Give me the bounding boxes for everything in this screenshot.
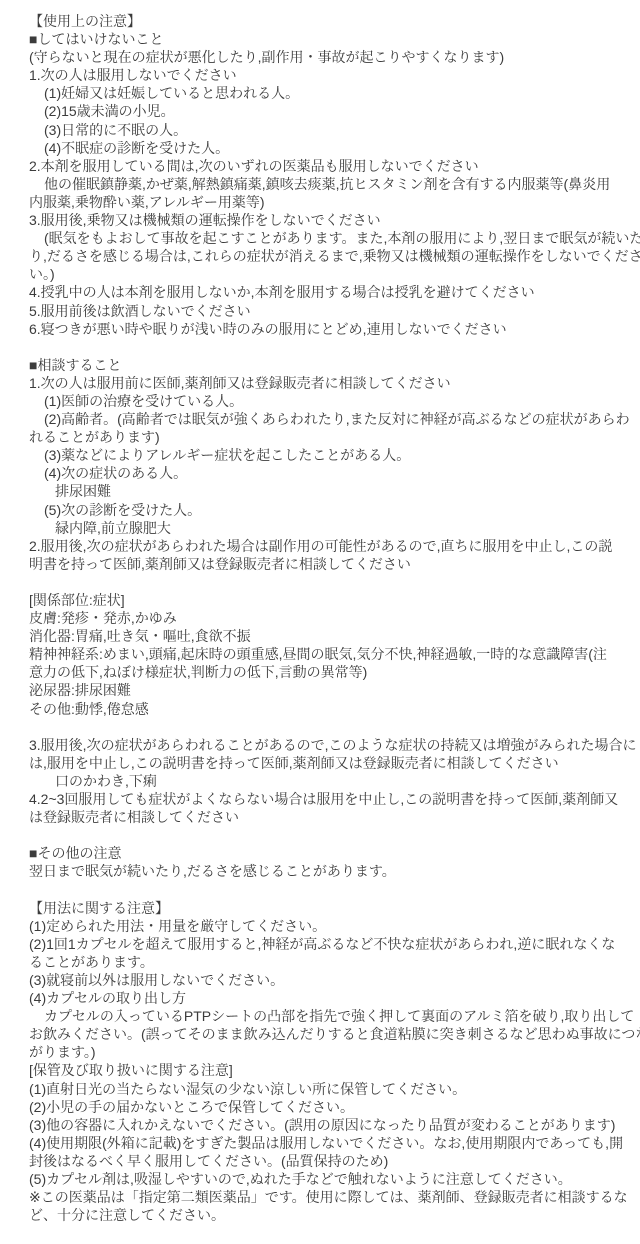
- text-line: (1)医師の治療を受けている人。: [29, 392, 612, 410]
- blank-line: [29, 573, 612, 591]
- text-line: 3.服用後,次の症状があらわれることがあるので,このような症状の持続又は増強がみ…: [29, 736, 612, 754]
- text-line: お飲みください。(誤ってそのまま飲み込んだりすると食道粘膜に突き刺さるなど思わぬ…: [29, 1025, 612, 1043]
- text-line: り,だるさを感じる場合は,これらの症状が消えるまで,乗物又は機械類の運転操作をし…: [29, 247, 612, 265]
- text-line: (3)就寝前以外は服用しないでください。: [29, 971, 612, 989]
- text-line: は登録販売者に相談してください: [29, 808, 612, 826]
- text-line: 排尿困難: [29, 482, 612, 500]
- text-line: 1.次の人は服用しないでください: [29, 66, 612, 84]
- list-label: [保管及び取り扱いに関する注意]: [29, 1061, 612, 1079]
- text-line: 6.寝つきが悪い時や眠りが浅い時のみの服用にとどめ,連用しないでください: [29, 320, 612, 338]
- text-line: (2)小児の手の届かないところで保管してください。: [29, 1098, 612, 1116]
- text-line: 5.服用前後は飲酒しないでください: [29, 302, 612, 320]
- text-line: 4.授乳中の人は本剤を服用しないか,本剤を服用する場合は授乳を避けてください: [29, 283, 612, 301]
- text-line: カプセルの入っているPTPシートの凸部を指先で強く押して裏面のアルミ箔を破り,取…: [29, 1007, 612, 1025]
- section-heading: 【使用上の注意】: [29, 12, 612, 30]
- text-line: (5)次の診断を受けた人。: [29, 501, 612, 519]
- text-line: れることがあります): [29, 428, 612, 446]
- text-line: (1)直射日光の当たらない湿気の少ない涼しい所に保管してください。: [29, 1080, 612, 1098]
- text-line: 泌尿器:排尿困難: [29, 681, 612, 699]
- text-line: (4)カプセルの取り出し方: [29, 989, 612, 1007]
- subsection-heading: ■してはいけないこと: [29, 30, 612, 48]
- text-line: (4)次の症状のある人。: [29, 464, 612, 482]
- text-line: 口のかわき,下痢: [29, 772, 612, 790]
- text-line: 内服薬,乗物酔い薬,アレルギー用薬等): [29, 193, 612, 211]
- text-line: 2.服用後,次の症状があらわれた場合は副作用の可能性があるので,直ちに服用を中止…: [29, 537, 612, 555]
- text-line: (3)薬などによりアレルギー症状を起こしたことがある人。: [29, 446, 612, 464]
- package-insert-document: 【使用上の注意】■してはいけないこと(守らないと現在の症状が悪化したり,副作用・…: [0, 0, 640, 1244]
- text-line: 消化器:胃痛,吐き気・嘔吐,食欲不振: [29, 627, 612, 645]
- text-line: 緑内障,前立腺肥大: [29, 519, 612, 537]
- text-line: (1)定められた用法・用量を厳守してください。: [29, 917, 612, 935]
- text-line: (5)カプセル剤は,吸湿しやすいので,ぬれた手などで触れないように注意してくださ…: [29, 1170, 612, 1188]
- text-line: 1.次の人は服用前に医師,薬剤師又は登録販売者に相談してください: [29, 374, 612, 392]
- text-line: (4)使用期限(外箱に記載)をすぎた製品は服用しないでください。なお,使用期限内…: [29, 1134, 612, 1152]
- text-line: 翌日まで眠気が続いたり,だるさを感じることがあります。: [29, 862, 612, 880]
- text-line: (3)他の容器に入れかえないでください。(誤用の原因になったり品質が変わることが…: [29, 1116, 612, 1134]
- text-line: (1)妊婦又は妊娠していると思われる人。: [29, 84, 612, 102]
- text-line: 意力の低下,ねぼけ様症状,判断力の低下,言動の異常等): [29, 663, 612, 681]
- subsection-heading: ■相談すること: [29, 356, 612, 374]
- blank-line: [29, 338, 612, 356]
- text-line: (守らないと現在の症状が悪化したり,副作用・事故が起こりやすくなります): [29, 48, 612, 66]
- text-line: ど、十分に注意してください。: [29, 1206, 612, 1224]
- text-line: 精神神経系:めまい,頭痛,起床時の頭重感,昼間の眠気,気分不快,神経過敏,一時的…: [29, 645, 612, 663]
- list-label: [関係部位:症状]: [29, 591, 612, 609]
- text-line: その他:動悸,倦怠感: [29, 700, 612, 718]
- text-line: (2)高齢者。(高齢者では眠気が強くあらわれたり,また反対に神経が高ぶるなどの症…: [29, 410, 612, 428]
- text-line: 封後はなるべく早く服用してください。(品質保持のため): [29, 1152, 612, 1170]
- text-line: (2)15歳未満の小児。: [29, 102, 612, 120]
- text-line: 2.本剤を服用している間は,次のいずれの医薬品も服用しないでください: [29, 157, 612, 175]
- text-line: (4)不眠症の診断を受けた人。: [29, 139, 612, 157]
- text-line: (3)日常的に不眠の人。: [29, 121, 612, 139]
- blank-line: [29, 718, 612, 736]
- page: { "page": { "background": "#ffffff", "te…: [0, 0, 640, 1244]
- text-line: (眠気をもよおして事故を起こすことがあります。また,本剤の服用により,翌日まで眠…: [29, 229, 612, 247]
- text-line: ※この医薬品は「指定第二類医薬品」です。使用に際しては、薬剤師、登録販売者に相談…: [29, 1188, 612, 1206]
- text-line: 3.服用後,乗物又は機械類の運転操作をしないでください: [29, 211, 612, 229]
- text-line: 皮膚:発疹・発赤,かゆみ: [29, 609, 612, 627]
- text-line: い。): [29, 265, 612, 283]
- blank-line: [29, 881, 612, 899]
- text-line: 明書を持って医師,薬剤師又は登録販売者に相談してください: [29, 555, 612, 573]
- document-body: 【使用上の注意】■してはいけないこと(守らないと現在の症状が悪化したり,副作用・…: [29, 12, 612, 1224]
- section-heading: 【用法に関する注意】: [29, 899, 612, 917]
- text-line: 他の催眠鎮静薬,かぜ薬,解熱鎮痛薬,鎮咳去痰薬,抗ヒスタミン剤を含有する内服薬等…: [29, 175, 612, 193]
- text-line: ることがあります。: [29, 953, 612, 971]
- subsection-heading: ■その他の注意: [29, 844, 612, 862]
- text-line: 4.2~3回服用しても症状がよくならない場合は服用を中止し,この説明書を持って医…: [29, 790, 612, 808]
- text-line: がります。): [29, 1043, 612, 1061]
- blank-line: [29, 826, 612, 844]
- text-line: (2)1回1カプセルを超えて服用すると,神経が高ぶるなど不快な症状があらわれ,逆…: [29, 935, 612, 953]
- text-line: は,服用を中止し,この説明書を持って医師,薬剤師又は登録販売者に相談してください: [29, 754, 612, 772]
